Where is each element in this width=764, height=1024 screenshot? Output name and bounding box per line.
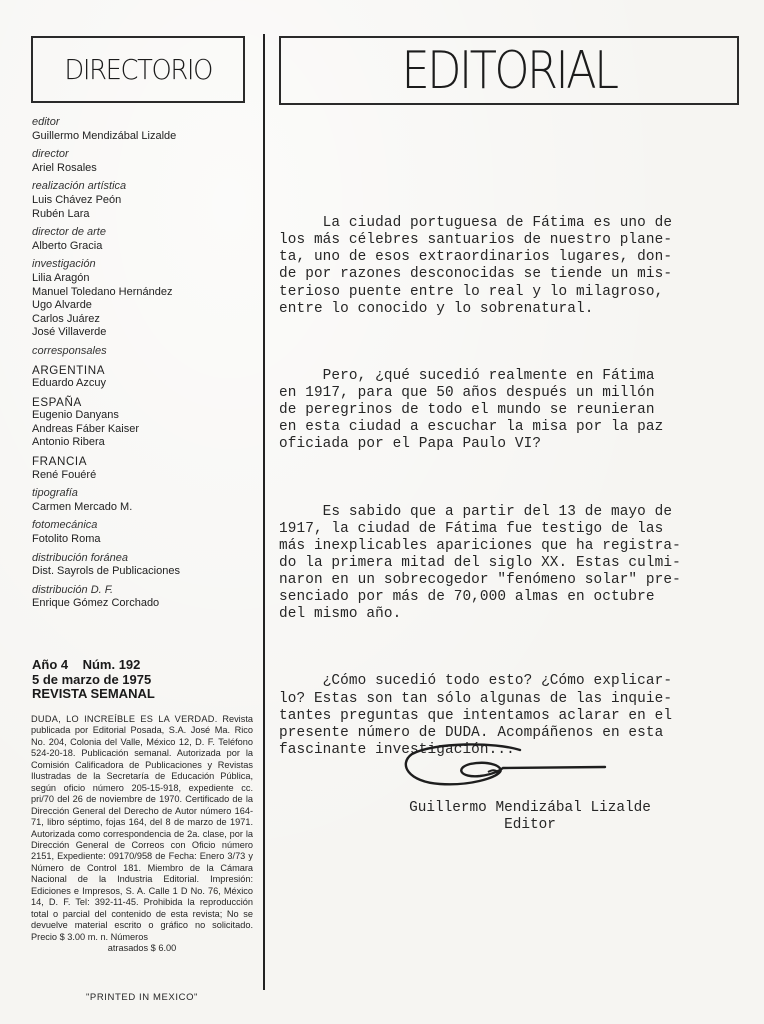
correspondents-section: ARGENTINAEduardo AzcuyESPAÑAEugenio Dany… [32,364,254,483]
staff-name: René Fouéré [32,469,254,483]
staff-role: corresponsales [32,345,254,359]
staff-name: Ariel Rosales [32,162,254,176]
directory-title: DIRECTORIO [64,53,212,86]
directory-group: realización artísticaLuis Chávez PeónRub… [32,180,254,221]
legal-body: Revista publicada por Editorial Posada, … [31,714,253,942]
issue-frequency: REVISTA SEMANAL [32,687,254,702]
editorial-body: La ciudad portuguesa de Fátima es uno de… [279,181,731,792]
directory-group: tipografíaCarmen Mercado M. [32,487,254,514]
staff-role: tipografía [32,487,254,501]
directory-header-box: DIRECTORIO [31,36,245,103]
staff-name: Ugo Alvarde [32,299,254,313]
signature-icon [400,742,610,792]
column-divider [263,34,265,990]
editorial-paragraph: Es sabido que a partir del 13 de mayo de… [279,504,731,624]
staff-name: Manuel Toledano Hernández [32,286,254,300]
editorial-header-box: EDITORIAL [279,36,739,105]
staff-name: Luis Chávez Peón [32,194,254,208]
staff-name: José Villaverde [32,326,254,340]
issue-year: Año 4 [32,658,68,673]
correspondent-country: FRANCIA [32,455,254,469]
issue-number-row: Año 4 Núm. 192 [32,658,254,673]
printed-in-mexico: "PRINTED IN MEXICO" [31,992,253,1003]
staff-name: Lilia Aragón [32,272,254,286]
directory-group: fotomecánicaFotolito Roma [32,519,254,546]
staff-role: fotomecánica [32,519,254,533]
staff-name: Rubén Lara [32,208,254,222]
staff-role: distribución foránea [32,552,254,566]
staff-role: director de arte [32,226,254,240]
legal-headline: DUDA, LO INCREÍBLE ES LA VERDAD. [31,714,218,724]
staff-name: Carlos Juárez [32,313,254,327]
staff-name: Fotolito Roma [32,533,254,547]
staff-name: Carmen Mercado M. [32,501,254,515]
staff-name: Eduardo Azcuy [32,377,254,391]
directory-group: FRANCIARené Fouéré [32,455,254,482]
directory-group: director de arteAlberto Gracia [32,226,254,253]
staff-role: investigación [32,258,254,272]
directory-group: corresponsales [32,345,254,359]
signature-name: Guillermo Mendizábal Lizalde [300,800,760,817]
directory-group: ARGENTINAEduardo Azcuy [32,364,254,391]
editorial-paragraph: Pero, ¿qué sucedió realmente en Fátima e… [279,368,731,453]
signature-block: Guillermo Mendizábal Lizalde Editor [300,800,760,834]
signature-title: Editor [300,817,760,834]
staff-role: realización artística [32,180,254,194]
directory-group: editorGuillermo Mendizábal Lizalde [32,116,254,143]
directory-group: ESPAÑAEugenio DanyansAndreas Fáber Kaise… [32,396,254,450]
directory-group: directorAriel Rosales [32,148,254,175]
staff-role: director [32,148,254,162]
issue-info: Año 4 Núm. 192 5 de marzo de 1975 REVIST… [32,658,254,702]
staff-role: editor [32,116,254,130]
issue-date: 5 de marzo de 1975 [32,673,254,688]
production-section: tipografíaCarmen Mercado M.fotomecánicaF… [32,487,254,611]
issue-number: Núm. 192 [83,658,141,673]
staff-name: Alberto Gracia [32,240,254,254]
legal-price-tail: atrasados $ 6.00 [31,943,253,954]
staff-section: editorGuillermo Mendizábal Lizaldedirect… [32,116,254,359]
staff-name: Enrique Gómez Corchado [32,597,254,611]
staff-name: Andreas Fáber Kaiser [32,423,254,437]
staff-name: Eugenio Danyans [32,409,254,423]
staff-name: Guillermo Mendizábal Lizalde [32,130,254,144]
directory-group: investigaciónLilia AragónManuel Toledano… [32,258,254,340]
editorial-title: EDITORIAL [402,41,617,101]
staff-name: Antonio Ribera [32,436,254,450]
editorial-paragraph: La ciudad portuguesa de Fátima es uno de… [279,215,731,318]
directory-group: distribución foráneaDist. Sayrols de Pub… [32,552,254,579]
staff-role: distribución D. F. [32,584,254,598]
staff-name: Dist. Sayrols de Publicaciones [32,565,254,579]
correspondent-country: ARGENTINA [32,364,254,378]
correspondent-country: ESPAÑA [32,396,254,410]
directory-list: editorGuillermo Mendizábal Lizaldedirect… [32,116,254,616]
legal-notice: DUDA, LO INCREÍBLE ES LA VERDAD. Revista… [31,714,253,955]
directory-group: distribución D. F.Enrique Gómez Corchado [32,584,254,611]
